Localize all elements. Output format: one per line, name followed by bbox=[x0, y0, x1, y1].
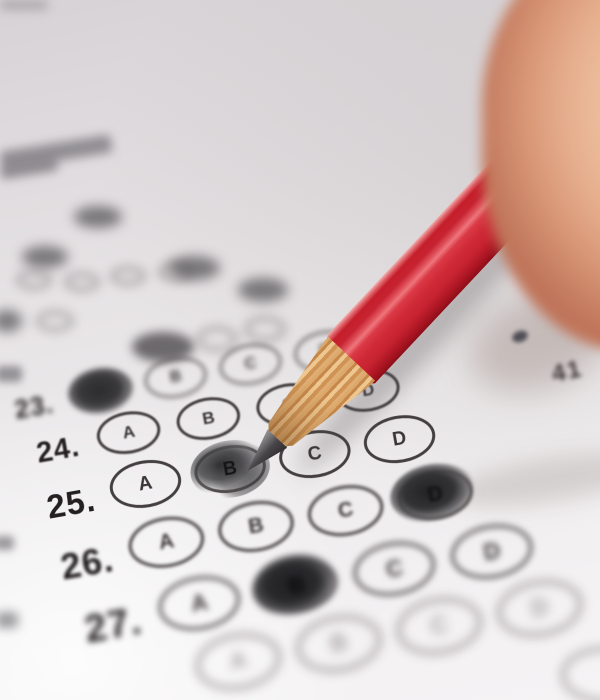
blurred-filled-bubble bbox=[238, 278, 288, 302]
bubble-option-c: C bbox=[349, 536, 439, 602]
answer-sheet-photo: 23. B C D 24. A B C D 25. A B C D 26. A … bbox=[0, 0, 600, 700]
bubble-option-b-filled: B bbox=[191, 440, 270, 499]
bubble-option-d: D bbox=[360, 410, 439, 469]
bubble-option-a: A bbox=[125, 511, 209, 573]
blurred-empty-bubble bbox=[158, 262, 194, 282]
blurred-empty-bubble bbox=[110, 266, 146, 286]
bubble-option-a: A bbox=[154, 570, 244, 636]
left-edge-partial-print bbox=[0, 536, 14, 550]
bubble-option-d: D bbox=[447, 518, 537, 584]
left-edge-partial-print bbox=[0, 612, 18, 628]
left-edge-partial-print bbox=[0, 366, 22, 382]
blurred-filled-bubble bbox=[22, 246, 68, 268]
blurred-text-smudge bbox=[0, 0, 48, 10]
blurred-empty-bubble bbox=[16, 270, 52, 290]
bubble-option-d-filled: D bbox=[393, 464, 477, 526]
bubble-option-c: C bbox=[304, 479, 388, 541]
blurred-filled-bubble bbox=[74, 206, 122, 228]
blurred-empty-bubble bbox=[36, 310, 74, 332]
bubble-option-b: B bbox=[214, 495, 298, 557]
blurred-empty-bubble bbox=[64, 272, 100, 292]
bubble-option-b-filled: B bbox=[252, 553, 342, 619]
bubble-option-a: A bbox=[106, 455, 185, 514]
